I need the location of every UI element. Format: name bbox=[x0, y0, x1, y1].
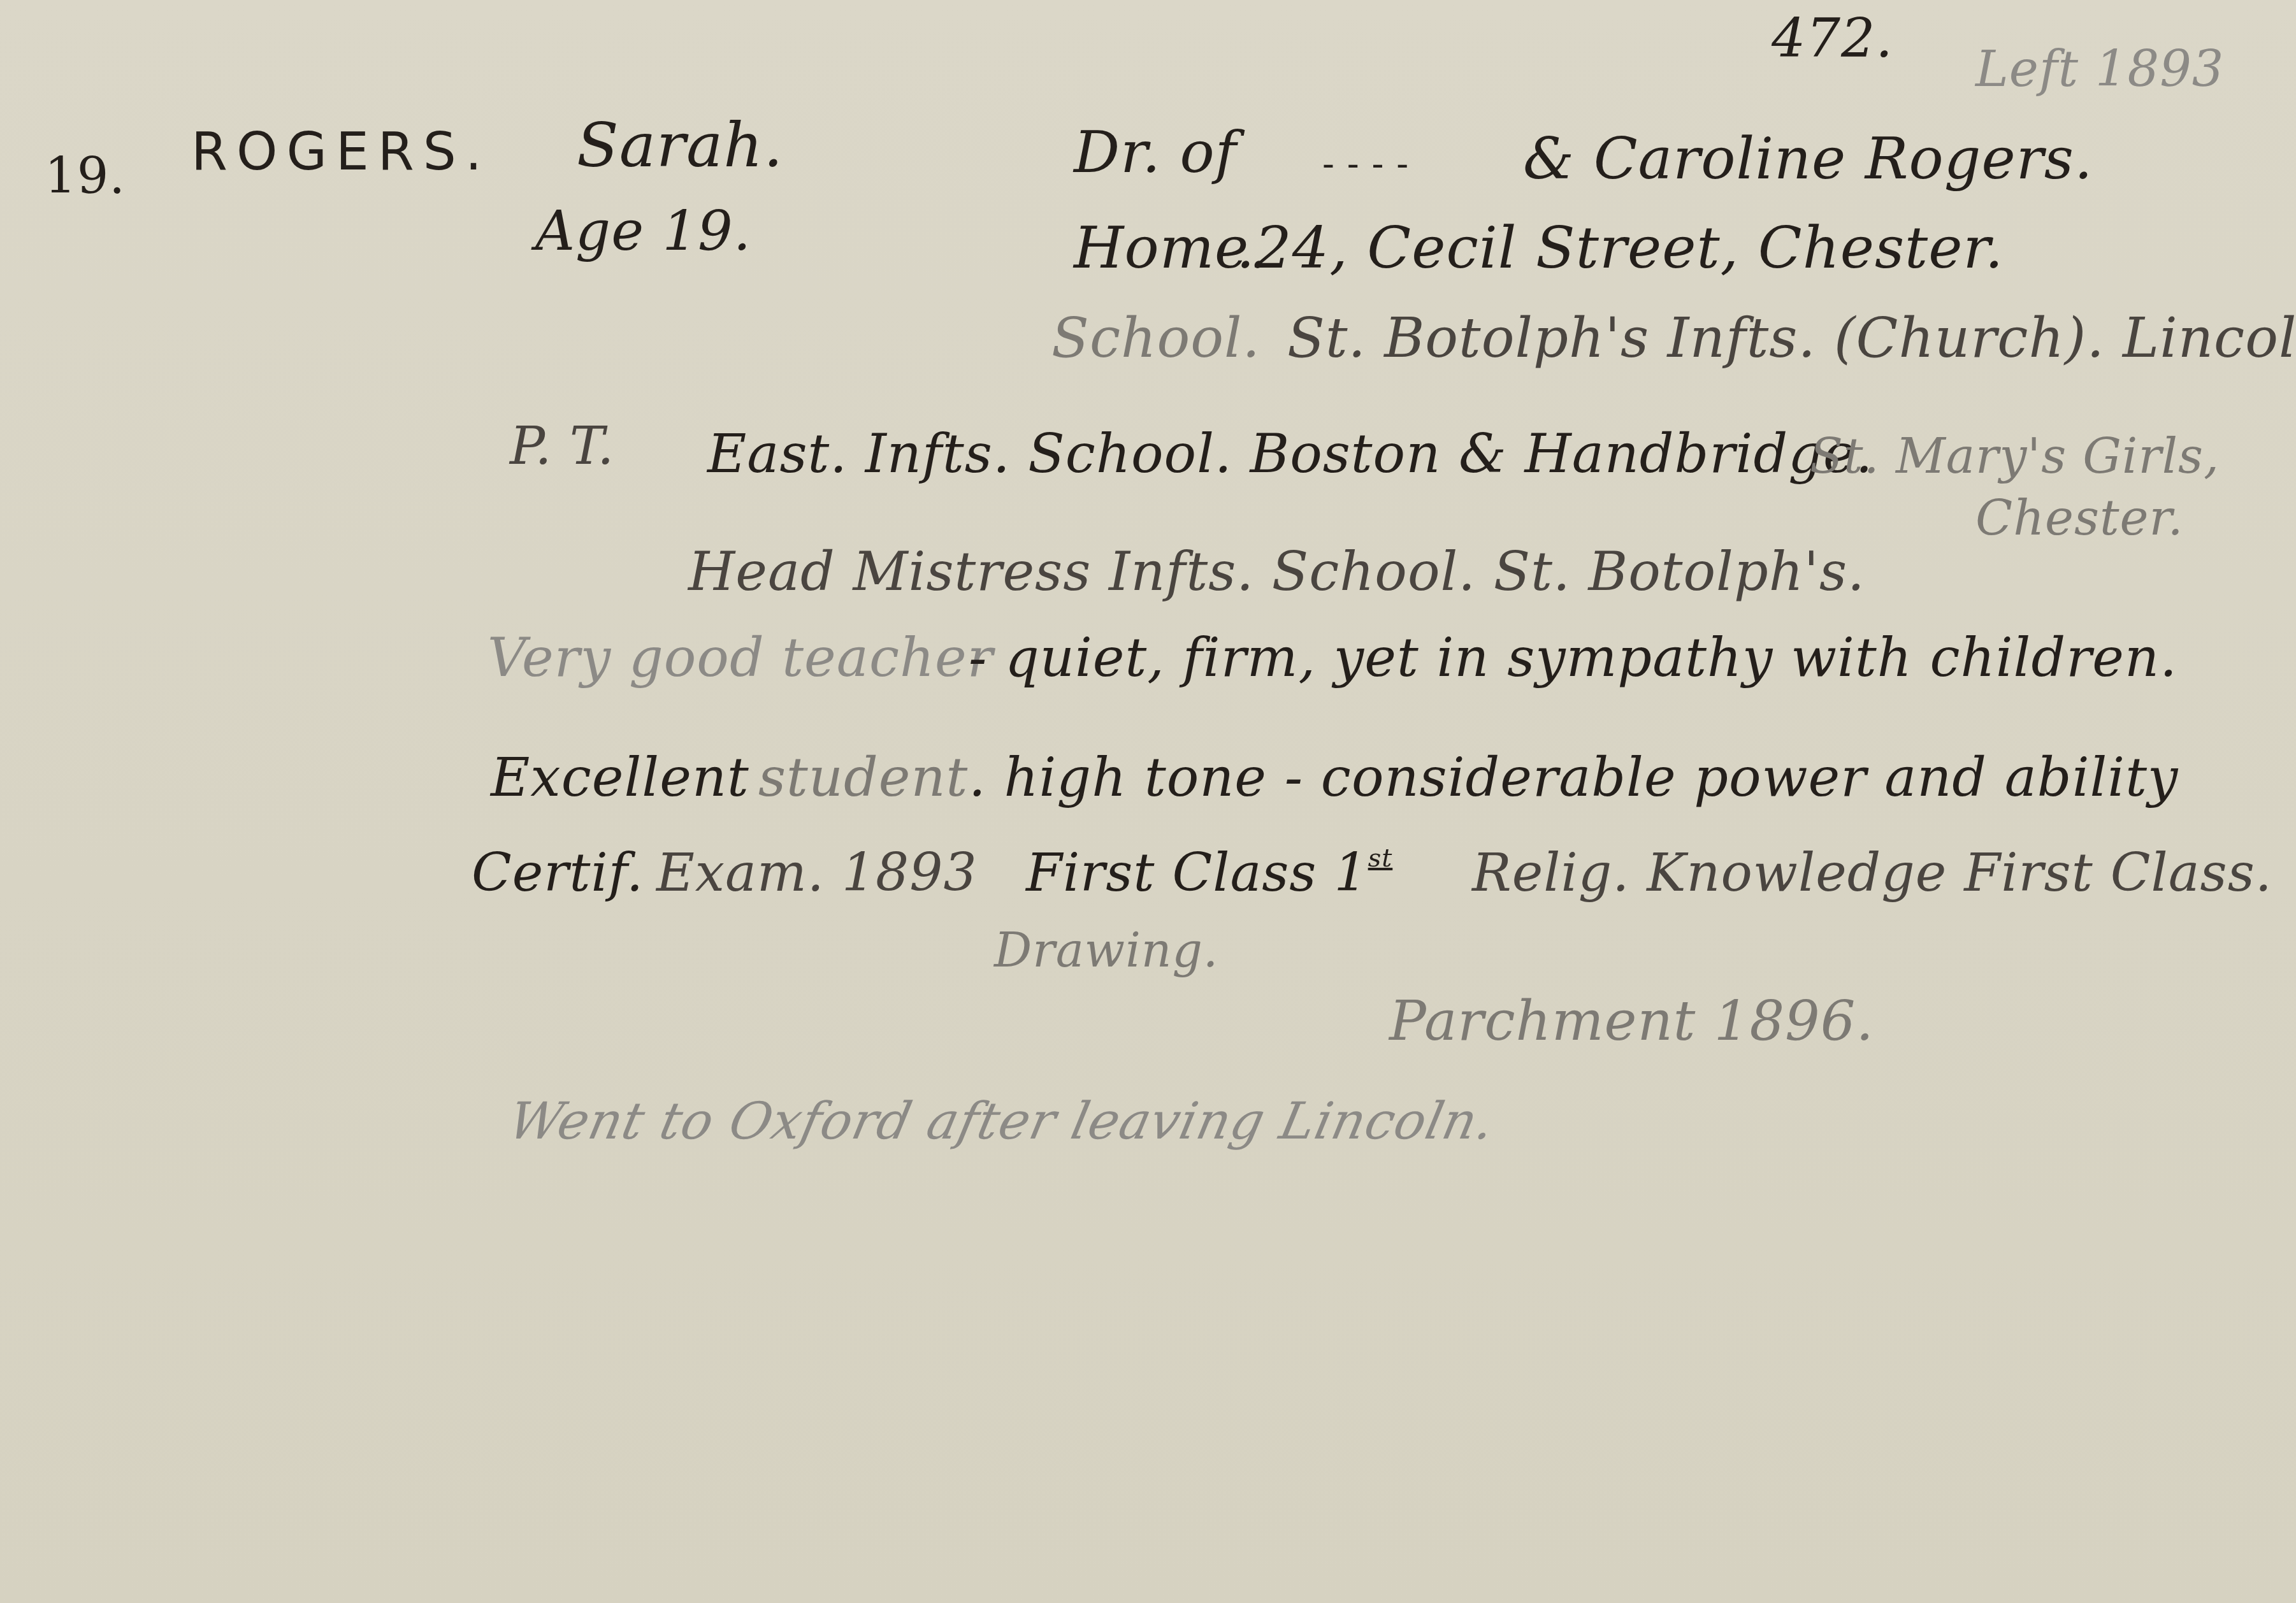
certificate-label: Certif. bbox=[472, 847, 644, 900]
pencil-note-left-date: Left 1893 bbox=[1975, 45, 2224, 94]
certificate-result-text: First Class 1 bbox=[1026, 843, 1368, 903]
remarks-line1: - quiet, firm, yet in sympathy with chil… bbox=[969, 631, 2177, 684]
mother-name: & Caroline Rogers. bbox=[1523, 131, 2093, 188]
father-name-blank: - - - - bbox=[1322, 147, 1409, 182]
pupil-teacher-label: P. T. bbox=[510, 421, 614, 473]
age: Age 19. bbox=[535, 204, 751, 259]
surname: ROGERS. bbox=[191, 126, 491, 178]
parchment-year: Parchment 1896. bbox=[1389, 994, 1874, 1049]
remarks-line2-excellent: Excellent bbox=[491, 751, 749, 804]
certificate-exam: Exam. 1893 bbox=[656, 847, 978, 900]
archival-register-page: 472. Left 1893 19. ROGERS. Sarah. Age 19… bbox=[0, 0, 2296, 1603]
pupil-teacher-addendum-2: Chester. bbox=[1975, 494, 2184, 542]
drawing-subject: Drawing. bbox=[994, 927, 1218, 974]
remarks-line2-rest: . high tone - considerable power and abi… bbox=[969, 751, 2178, 804]
religious-knowledge: Relig. Knowledge First Class. bbox=[1472, 847, 2272, 900]
entry-number: 19. bbox=[45, 152, 126, 201]
folio-number: 472. bbox=[1772, 11, 1893, 65]
school-value: St. Botolph's Infts. (Church). Lincoln. bbox=[1287, 311, 2296, 366]
remarks-line1-faint: Very good teacher bbox=[487, 631, 993, 684]
forename: Sarah. bbox=[577, 115, 783, 176]
certificate-result-superscript: st bbox=[1368, 844, 1393, 873]
post-held: Head Mistress Infts. School. St. Botolph… bbox=[688, 545, 1865, 598]
pupil-teacher-addendum-1: St. Mary's Girls, bbox=[1810, 432, 2220, 480]
pupil-teacher-value: East. Infts. School. Boston & Handbridge… bbox=[707, 427, 1873, 480]
pencil-footnote: Went to Oxford after leaving Lincoln. bbox=[504, 1096, 1499, 1147]
parentage-label: Dr. of bbox=[1074, 124, 1237, 182]
certificate-result: First Class 1st bbox=[1026, 847, 1392, 900]
school-label: School. bbox=[1051, 311, 1260, 366]
remarks-line2-student: student bbox=[758, 751, 968, 804]
home-address: .24, Cecil Street, Chester. bbox=[1236, 220, 2004, 277]
